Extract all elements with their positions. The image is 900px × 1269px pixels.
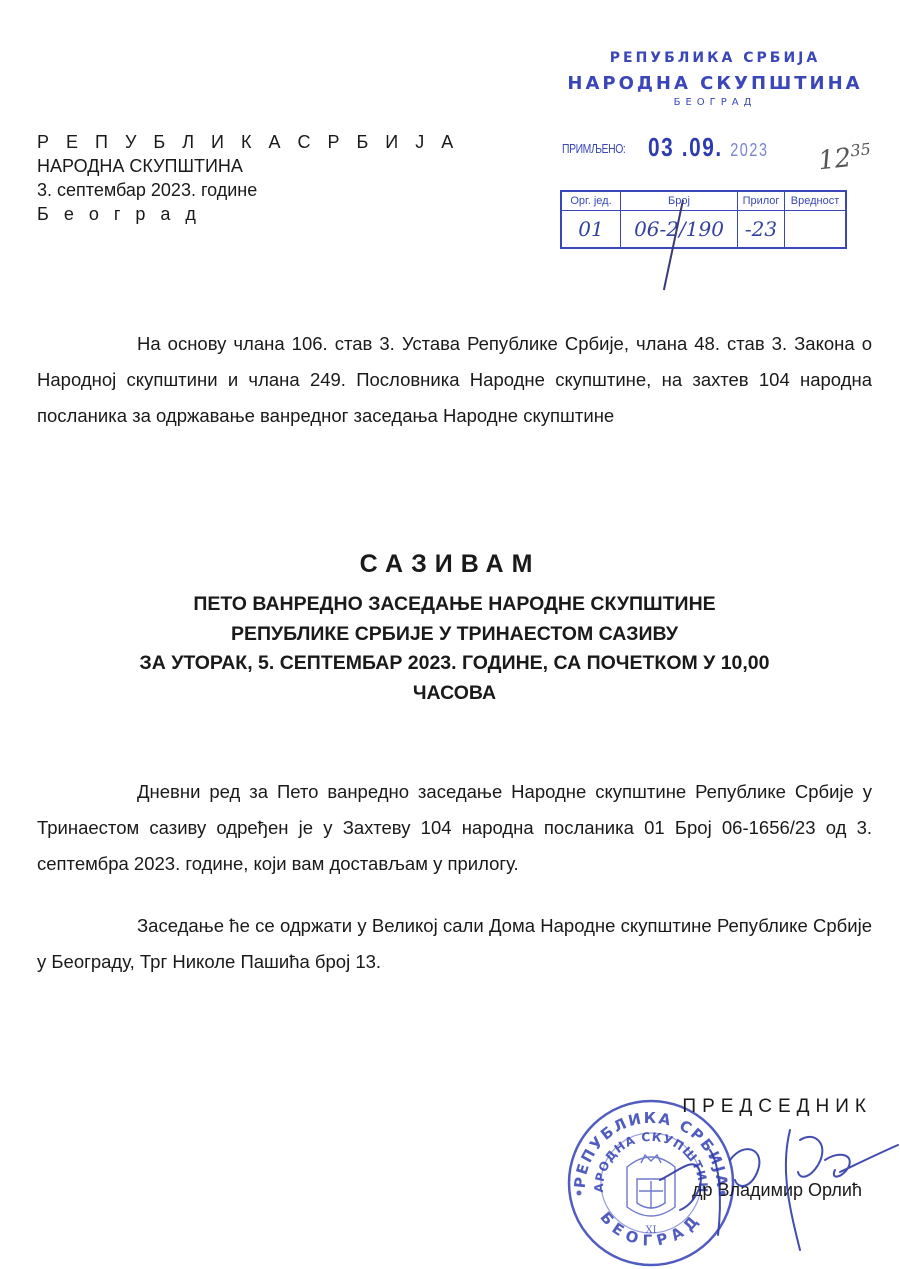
handwritten-time: 1235: [816, 139, 872, 176]
registry-header-number: Број: [621, 191, 738, 211]
header-assembly: НАРОДНА СКУПШТИНА: [37, 154, 243, 178]
subtitle-line: ПЕТО ВАНРЕДНО ЗАСЕДАЊЕ НАРОДНЕ СКУПШТИНЕ: [37, 590, 872, 620]
registry-table: Орг. јед. Број Прилог Вредност 01 06-2/1…: [560, 190, 847, 249]
header-date: 3. септембар 2023. године: [37, 178, 257, 202]
registry-value-row: 01 06-2/190 -23: [561, 211, 846, 249]
stamp-city: БЕОГРАД: [620, 97, 810, 108]
stamp-republic: РЕПУБЛИКА СРБИЈА: [580, 50, 850, 66]
registry-header-value: Вредност: [785, 191, 847, 211]
received-year: 2023: [730, 140, 768, 160]
header-city: Б е о г р а д: [37, 202, 201, 226]
received-date: 03 .09. 2023: [648, 132, 769, 163]
subtitle-line: РЕПУБЛИКЕ СРБИЈЕ У ТРИНАЕСТОМ САЗИВУ: [37, 620, 872, 650]
received-label: ПРИМЉЕНО:: [562, 141, 625, 156]
registry-header-row: Орг. јед. Број Прилог Вредност: [561, 191, 846, 211]
paragraph-venue: Заседање ће се одржати у Великој сали До…: [37, 908, 872, 980]
registry-org: 01: [561, 211, 621, 249]
handwritten-signature-icon: [640, 1110, 900, 1260]
paragraph-legal-basis: На основу члана 106. став 3. Устава Репу…: [37, 326, 872, 434]
registry-header-org: Орг. јед.: [561, 191, 621, 211]
subtitle-line: ЧАСОВА: [37, 679, 872, 709]
registry-attachment: -23: [738, 211, 785, 249]
registry-header-attachment: Прилог: [738, 191, 785, 211]
paragraph-agenda: Дневни ред за Пето ванредно заседање Нар…: [37, 774, 872, 882]
convocation-subtitle: ПЕТО ВАНРЕДНО ЗАСЕДАЊЕ НАРОДНЕ СКУПШТИНЕ…: [37, 590, 872, 708]
subtitle-line: ЗА УТОРАК, 5. СЕПТЕМБАР 2023. ГОДИНЕ, СА…: [37, 649, 872, 679]
header-republic: Р Е П У Б Л И К А С Р Б И Ј А: [37, 130, 459, 154]
stamp-assembly: НАРОДНА СКУПШТИНА: [565, 73, 865, 94]
convocation-title: САЗИВАМ: [0, 550, 900, 579]
registry-value: [785, 211, 847, 249]
